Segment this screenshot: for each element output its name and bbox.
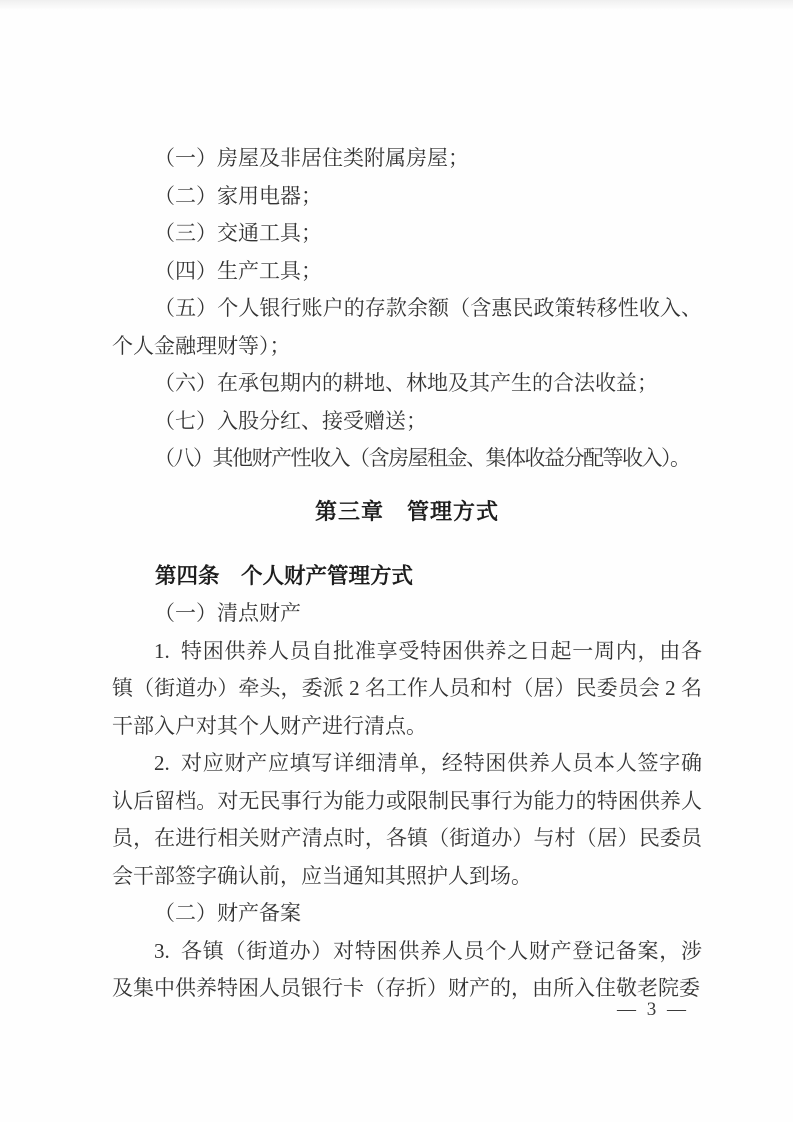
list-item: （二）家用电器； [112, 178, 702, 216]
scan-top-edge [0, 0, 793, 10]
page-number: — 3 — [617, 999, 689, 1021]
section-label: （一）清点财产 [112, 595, 702, 633]
paragraph: 1. 特困供养人员自批准享受特困供养之日起一周内，由各镇（街道办）牵头，委派 2… [112, 633, 702, 746]
list-item: （四）生产工具； [112, 253, 702, 291]
article-heading: 第四条 个人财产管理方式 [112, 558, 702, 596]
list-item: （三）交通工具； [112, 215, 702, 253]
list-item: （五）个人银行账户的存款余额（含惠民政策转移性收入、个人金融理财等）； [112, 290, 702, 365]
document-page: （一）房屋及非居住类附属房屋； （二）家用电器； （三）交通工具； （四）生产工… [0, 0, 793, 1122]
section-label: （二）财产备案 [112, 895, 702, 933]
list-item: （一）房屋及非居住类附属房屋； [112, 140, 702, 178]
chapter-heading: 第三章 管理方式 [112, 492, 702, 532]
list-item: （六）在承包期内的耕地、林地及其产生的合法收益； [112, 365, 702, 403]
list-item: （八）其他财产性收入（含房屋租金、集体收益分配等收入）。 [112, 440, 702, 478]
list-item: （七）入股分红、接受赠送； [112, 403, 702, 441]
paragraph: 2. 对应财产应填写详细清单，经特困供养人员本人签字确认后留档。对无民事行为能力… [112, 745, 702, 895]
paragraph: 3. 各镇（街道办）对特困供养人员个人财产登记备案，涉及集中供养特困人员银行卡（… [112, 933, 702, 1008]
page-content: （一）房屋及非居住类附属房屋； （二）家用电器； （三）交通工具； （四）生产工… [112, 140, 702, 1008]
